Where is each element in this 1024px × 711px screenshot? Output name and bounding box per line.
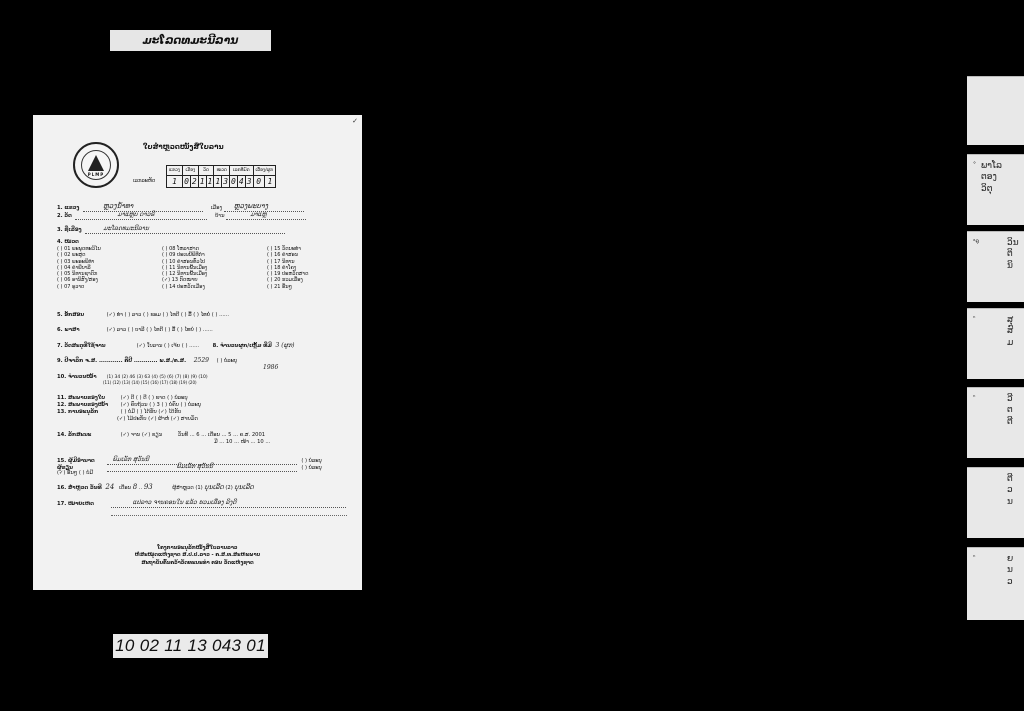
field-conservation: 13. ການອະນຸລັກ ( ) ບໍ່ມີ ( ) ໄດ້ຮັບ (✓) …: [57, 409, 181, 416]
field-date: 9. ປີຈາລຶກ ຈ.ສ. ............ ຄືປີ ......…: [57, 357, 237, 365]
field-survey: 16. ສຳຫຼວດ ວັນທີ 24 ເດືອນ 8 .. 93 ຜູ້ສຳຫ…: [57, 483, 254, 492]
field-pages-row2: (11) (12) (13) (14) (15) (16) (17) (18) …: [103, 380, 197, 385]
code-header: ເລກທີມັດ: [230, 166, 253, 176]
field-label: 10. ຈຳນວນໜ້າ: [57, 374, 103, 381]
survey-year: 93: [144, 483, 153, 491]
strip-text: ຍ ນ ວ: [1007, 554, 1013, 588]
strip-text: ພາໂລ ຕອງ ວິຕຸ: [981, 161, 1002, 195]
field-label: 2. ວັດ: [57, 213, 72, 219]
survey-day: 24: [105, 483, 114, 491]
field-label: 6. ພາສາ: [57, 327, 103, 334]
fascicle-count: 3 (ຜູກ): [276, 342, 295, 349]
field-language: 6. ພາສາ (✓) ລາວ ( ) ບາລີ ( ) ໄທດີ ( ) ລື…: [57, 327, 213, 334]
form-footer: ໂຄງການອະນຸລັກໜັງສືໃບລານລາວ ຫໍສະໝຸດແຫ່ງຊາ…: [33, 545, 362, 567]
field-label: 3. ຊື່ເລື່ອງ: [57, 227, 82, 233]
palm-leaf-strip: ຕີ ວ ນ: [967, 467, 1024, 538]
category-list: ( ) 01 ພະພຸດທະວິໄນ ( ) 08 ໂຫລາສາດ ( ) 15…: [57, 246, 347, 290]
field-label: ຜູ້ສຳຫຼວດ: [172, 485, 193, 491]
field-label: 12. ສະພາບຂອງໜ້າ: [57, 402, 117, 409]
remarks-line: [111, 515, 347, 516]
code-digit: 3: [222, 176, 230, 188]
strip-text: ວີ ຕ ຕີ: [1007, 394, 1013, 428]
code-digit: 1: [264, 176, 275, 188]
code-digit: 1: [206, 176, 214, 188]
field-label: 7. ວັດສະດຸທີ່ໃຊ້ຈານ: [57, 343, 133, 350]
conservation-options[interactable]: ( ) ບໍ່ມີ ( ) ໄດ້ຮັບ (✓) ໄດ້ຮັບ: [121, 409, 182, 415]
field-material: 7. ວັດສະດຸທີ່ໃຊ້ຈານ (✓) ໃບລານ ( ) ເຈ້ຍ (…: [57, 342, 294, 350]
field-script: 5. ອັກສອນ (✓) ທຳ ( ) ລາວ ( ) ຂອມ ( ) ໄທດ…: [57, 312, 229, 319]
footer-line: ສະຖາບັນຄົ້ນຄວ້າວັດທະນະທຳ ຕອນ ວັດແຫ່ງຊາດ: [33, 560, 362, 567]
field-completeness: 12. ສະພາບຂອງໜ້າ (✓) ຄົບຖ້ວນ ( ) 3 ( ) ບໍ…: [57, 402, 201, 409]
palm-leaf-strip: ᵃ໑ ວິນ ຕິ ນິ: [967, 231, 1024, 302]
page-counts-row2: (11) (12) (13) (14) (15) (16) (17) (18) …: [103, 380, 197, 385]
field-condition: 11. ສະພາບຂອງໃບ (✓) ດີ ( ) ດີ ( ) ຂາດ ( )…: [57, 395, 188, 402]
palm-leaf-strip: [967, 76, 1024, 145]
field-label: ບ້ານ: [215, 213, 224, 219]
manuscript-code-label: 10 02 11 13 043 01: [113, 634, 268, 658]
language-options[interactable]: (✓) ລາວ ( ) ບາລີ ( ) ໄທດີ ( ) ລື້ ( ) ໄທ…: [107, 327, 213, 333]
reel-title-label: ມະໂລດທມະນີລານ: [110, 30, 271, 51]
field-value: ມະໂລດທມະນີລານ: [103, 225, 149, 232]
field-character-row2: ມີ ... 10 ... ໜ້າ ... 10 ...: [214, 439, 270, 446]
logo-text: PLMP: [88, 172, 104, 177]
palm-leaf-strip: ⁿ ຍ ນ ວ: [967, 547, 1024, 620]
completeness-options[interactable]: (✓) ຄົບຖ້ວນ ( ) 3 ( ) ບໍ່ຄົບ ( ) ບໍ່ລະບຸ: [121, 402, 201, 408]
manuscript-survey-form: ✓ PLMP ໃບສຳຫຼວດໜັງສືໃບລານ ເລກລະຫັດ ແຂວງ …: [33, 115, 362, 590]
temple-icon: [88, 155, 104, 171]
field-other: (✓) ອື່ນໆ ( ) ບໍ່ມີ: [57, 470, 93, 477]
record-date: ວັນທີ ... 6 ... ເດືອນ ... 5 ... ຄ.ສ. 200…: [178, 432, 265, 438]
field-character: 14. ລັກສະນະ (✓) ຈານ (✓) ຂຽນ ວັນທີ ... 6 …: [57, 432, 265, 439]
plmp-logo-icon: PLMP: [73, 142, 119, 188]
palm-leaf-strip: ⁿ ສຸ ສົ ມ: [967, 308, 1024, 379]
code-header: ແຂວງ: [167, 166, 183, 176]
check-mark: ✓: [352, 117, 358, 126]
field-remarks: 17. ໝາຍເຫດ ແປລາວ ຈານຄອນໃນ ແລ້ວ ຮວມເລື່ອງ…: [57, 499, 346, 508]
code-header: ໝວດ: [214, 166, 230, 176]
field-label: 5. ອັກສອນ: [57, 312, 103, 319]
field-label: 17. ໝາຍເຫດ: [57, 501, 107, 508]
code-digit: 3: [245, 176, 253, 188]
strip-mark: ⁿ: [973, 394, 975, 401]
code-table: ແຂວງ ເມືອງ ວັດ ໝວດ ເລກທີມັດ ເລື່ອງ/ຜູກ 1…: [166, 165, 276, 188]
condition-options[interactable]: (✓) ດີ ( ) ດີ ( ) ຂາດ ( ) ບໍ່ລະບຸ: [121, 395, 188, 401]
field-value: ພິມເລັກ ສຸວັນນີ: [113, 456, 149, 463]
code-digit: 0: [253, 176, 264, 188]
survey-month: 8: [133, 483, 137, 491]
strip-mark: ⁿ: [973, 554, 975, 561]
code-header: ເມືອງ: [183, 166, 199, 176]
code-digit: 1: [198, 176, 206, 188]
footer-line: ຫໍສະໝຸດແຫ່ງຊາດ ສ.ປ.ປ.ລາວ - ຄ.ສ.ທ.ສະຫະພາບ: [33, 552, 362, 559]
field-value: ພິມເລັກ ສຸວັນນີ: [177, 463, 213, 470]
field-title: 3. ຊື່ເລື່ອງ ມະໂລດທມະນີລານ: [57, 225, 285, 234]
conservation-options-row2[interactable]: (✓) ໄມ້ປະກັບ (✓) ຜ້າຫໍ່ (✓) ສາຍມັດ: [117, 416, 198, 422]
surveyor-2: ບຸນເລີດ: [234, 483, 253, 491]
strip-text: ສຸ ສົ ມ: [1007, 315, 1013, 349]
year-be: 2529: [194, 357, 209, 364]
code-digit: 0: [183, 176, 191, 188]
category-option[interactable]: ( ) 07 ອຸວາດ: [57, 284, 162, 290]
surveyor-1: ບຸນເລີດ: [204, 483, 223, 491]
field-value: ມາແຫຼ: [250, 211, 266, 218]
palm-leaf-strip: ° ພາໂລ ຕອງ ວິຕຸ: [967, 154, 1024, 225]
unknown-option[interactable]: ( ) ບໍ່ລະບຸ: [217, 358, 237, 364]
field-label: 11. ສະພາບຂອງໃບ: [57, 395, 117, 402]
strip-mark: ⁿ: [973, 315, 975, 322]
strip-mark: ᵃ໑: [973, 238, 979, 245]
category-option[interactable]: ( ) 21 ອື່ນໆ: [267, 284, 357, 290]
year-ad: 1986: [263, 364, 278, 371]
field-scribe: ຜູ້ຂຽນ ພິມເລັກ ສຸວັນນີ ( ) ບໍ່ລະບຸ: [57, 463, 322, 472]
palm-leaf-strip: ⁿ ວີ ຕ ຕີ: [967, 387, 1024, 458]
field-date-ad: 1986: [263, 364, 278, 372]
strip-mark: °: [973, 161, 976, 168]
field-value: ຫຼວງນ້ຳທາ: [103, 202, 133, 210]
field-label: 8. ຈຳນວນຜູກ/ເຫຼັ້ມ ທີ່ມີ: [213, 343, 272, 349]
code-digit: 4: [237, 176, 245, 188]
field-label: 14. ລັກສະນະ: [57, 432, 117, 439]
record-date-row2: ມີ ... 10 ... ໜ້າ ... 10 ...: [214, 439, 270, 445]
code-digit: 0: [230, 176, 238, 188]
code-caption: ເລກລະຫັດ: [133, 178, 155, 184]
remarks-value: ແປລາວ ຈານຄອນໃນ ແລ້ວ ຮວມເລື່ອງ ລິງດີ: [133, 499, 237, 506]
code-digit: 2: [190, 176, 198, 188]
code-header: ເລື່ອງ/ຜູກ: [253, 166, 276, 176]
strip-text: ວິນ ຕິ ນິ: [1007, 238, 1019, 272]
field-temple: 2. ວັດ ມາແຫຼບ ດາວຣີ ບ້ານ ມາແຫຼ: [57, 211, 306, 220]
field-label: 16. ສຳຫຼວດ ວັນທີ: [57, 485, 102, 491]
script-options[interactable]: (✓) ທຳ ( ) ລາວ ( ) ຂອມ ( ) ໄທດີ ( ) ລື້ …: [107, 312, 229, 318]
character-options[interactable]: (✓) ຈານ (✓) ຂຽນ: [121, 432, 163, 438]
field-value: ມາແຫຼບ ດາວຣີ: [117, 211, 154, 218]
field-conservation-row2: (✓) ໄມ້ປະກັບ (✓) ຜ້າຫໍ່ (✓) ສາຍມັດ: [117, 416, 198, 423]
material-options[interactable]: (✓) ໃບລານ ( ) ເຈ້ຍ ( ) ......: [137, 343, 199, 349]
field-label: 9. ປີຈາລຶກ ຈ.ສ. ............ ຄືປີ ......…: [57, 358, 186, 364]
strip-text: ຕີ ວ ນ: [1007, 474, 1013, 508]
field-category: 4. ໝວດ: [57, 239, 81, 246]
code-header: ວັດ: [198, 166, 214, 176]
other-options[interactable]: (✓) ອື່ນໆ ( ) ບໍ່ມີ: [57, 470, 93, 476]
field-label: 4. ໝວດ: [57, 239, 79, 245]
code-digit: 1: [167, 176, 183, 188]
category-option[interactable]: ( ) 14 ປະຫວັດເມືອງ: [162, 284, 267, 290]
field-label: 13. ການອະນຸລັກ: [57, 409, 117, 416]
unknown-option[interactable]: ( ) ບໍ່ລະບຸ: [301, 465, 321, 471]
form-title: ໃບສຳຫຼວດໜັງສືໃບລານ: [143, 143, 224, 152]
field-label: ເດືອນ: [119, 485, 131, 491]
code-digit: 1: [214, 176, 222, 188]
field-value: ຫຼວງພະບາງ: [234, 202, 268, 210]
